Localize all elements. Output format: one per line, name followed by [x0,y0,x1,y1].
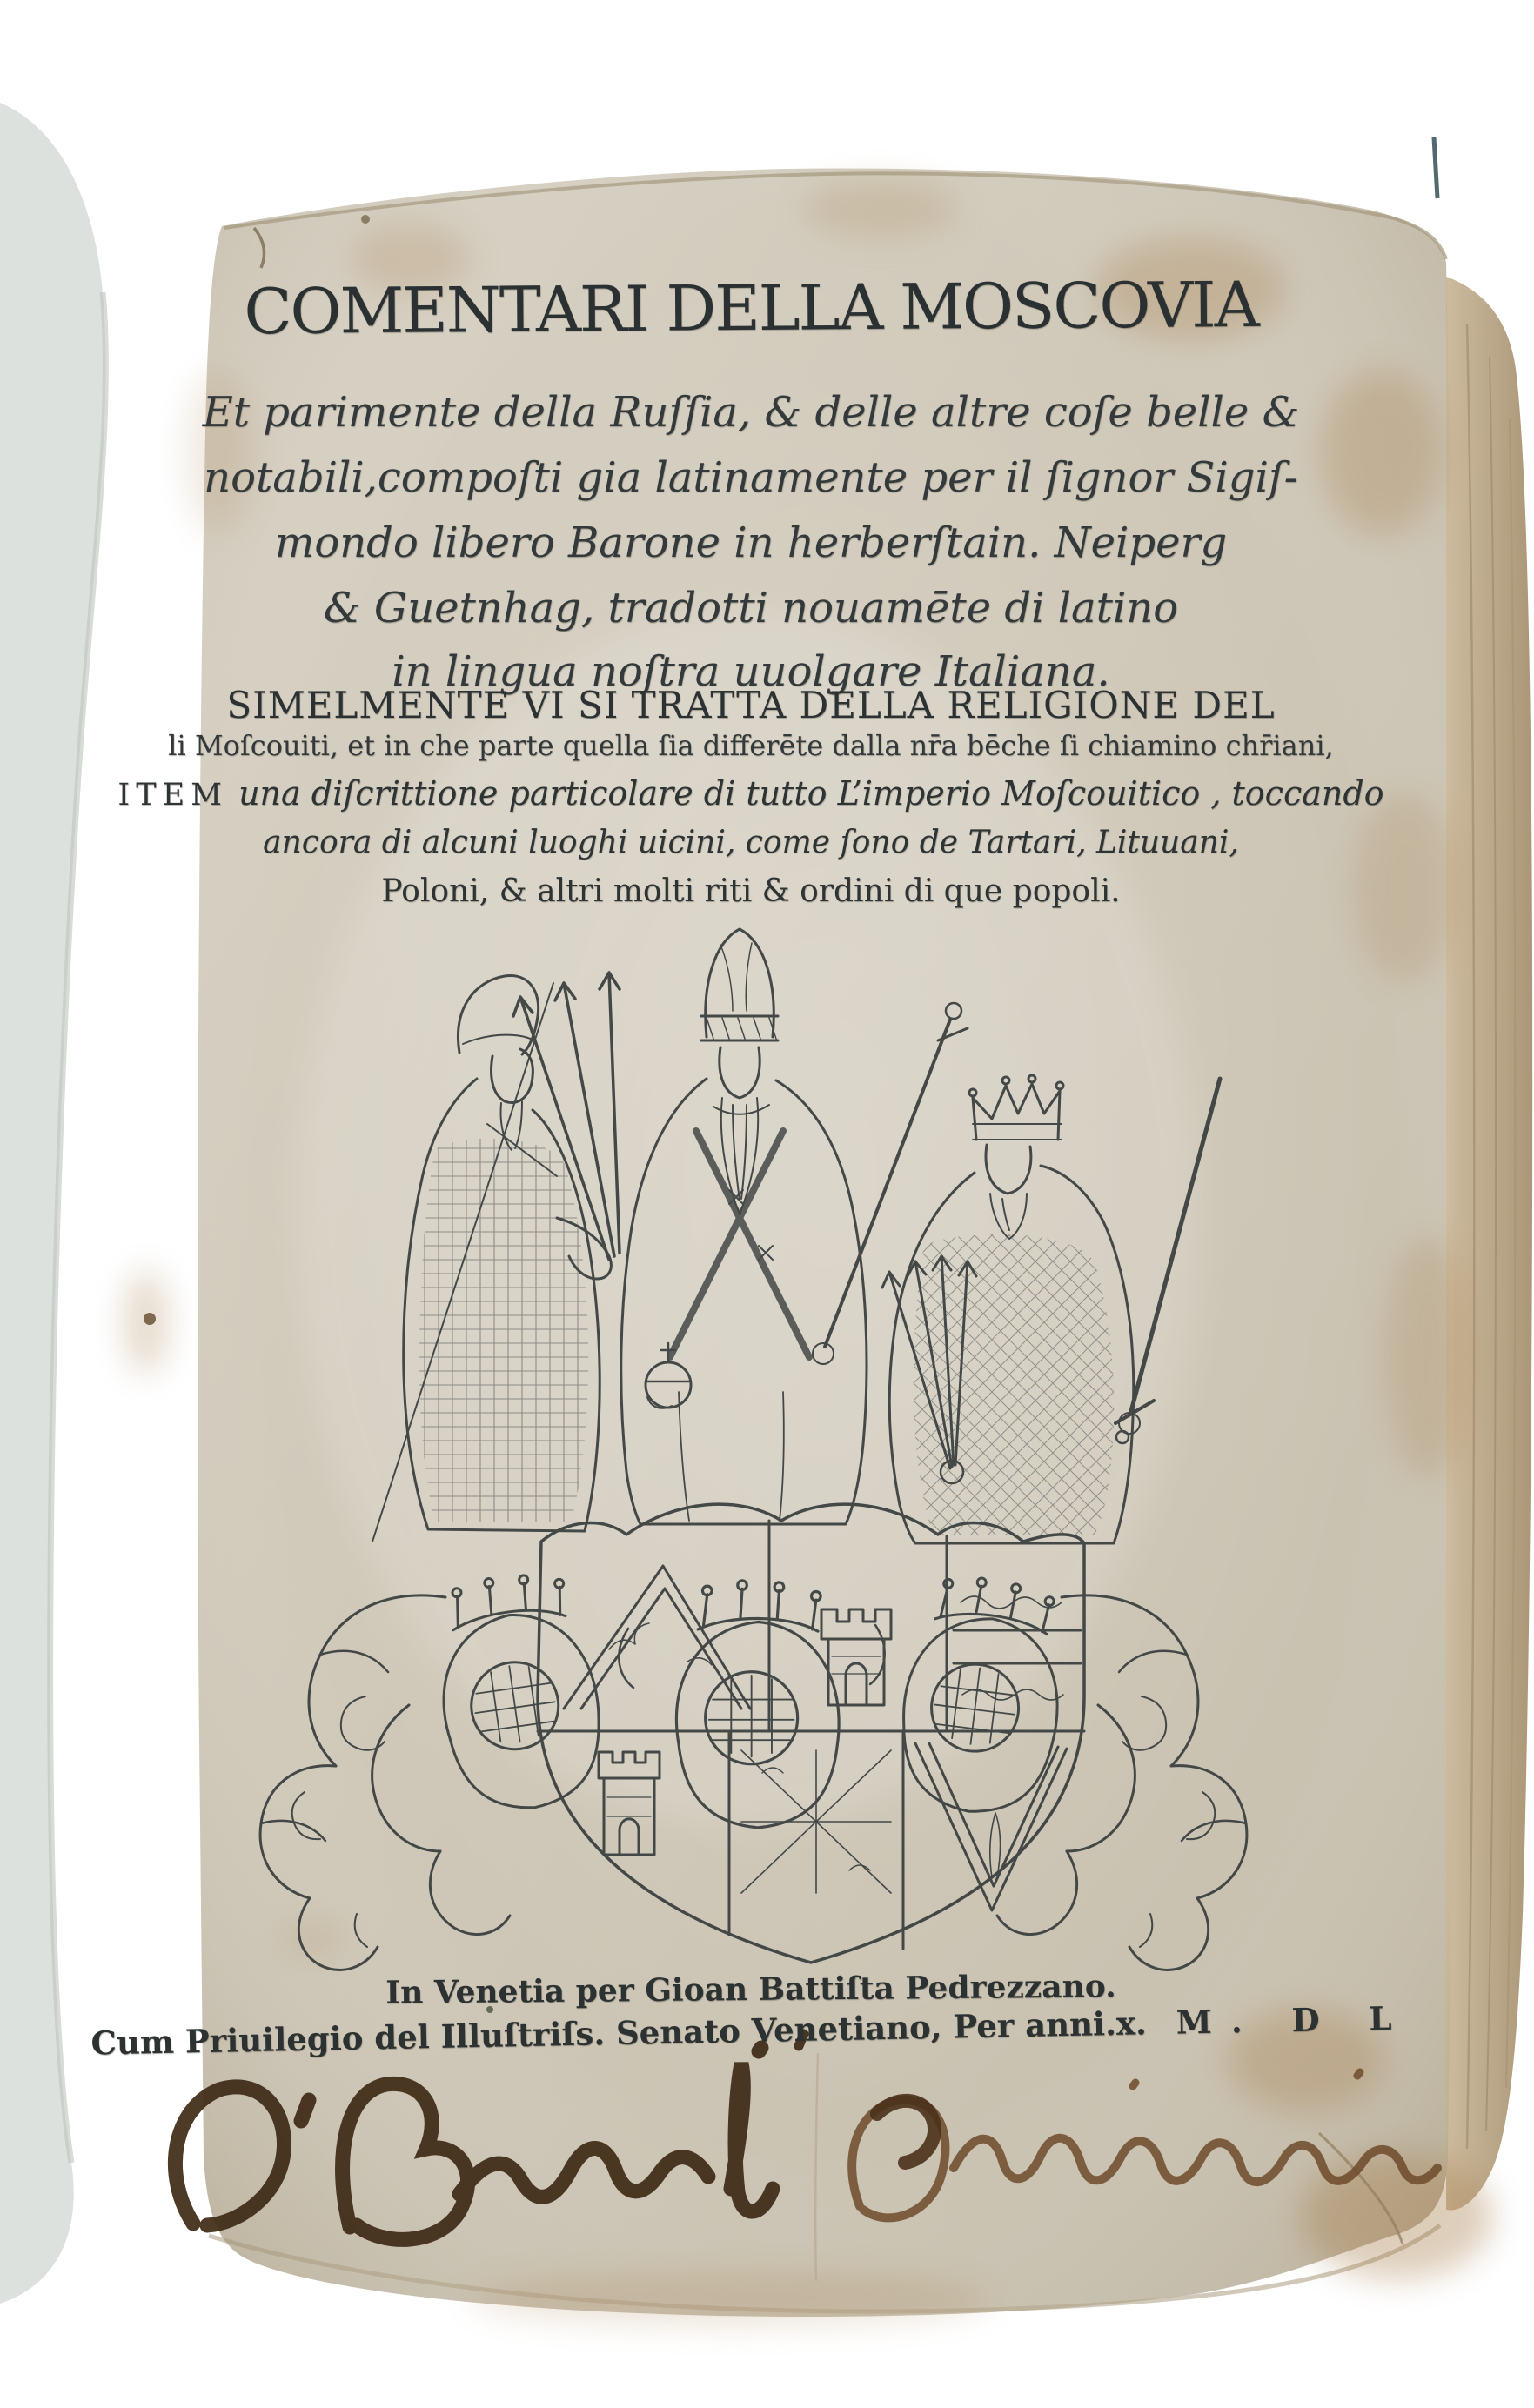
page-artwork [0,0,1534,2408]
flyleaf-edge [0,103,105,2304]
ink-tick-top-right [1434,137,1437,198]
antique-book-title-page-photo: COMENTARI DELLA MOSCOVIA Et parimente de… [0,0,1534,2408]
fore-edge [1446,277,1532,2211]
